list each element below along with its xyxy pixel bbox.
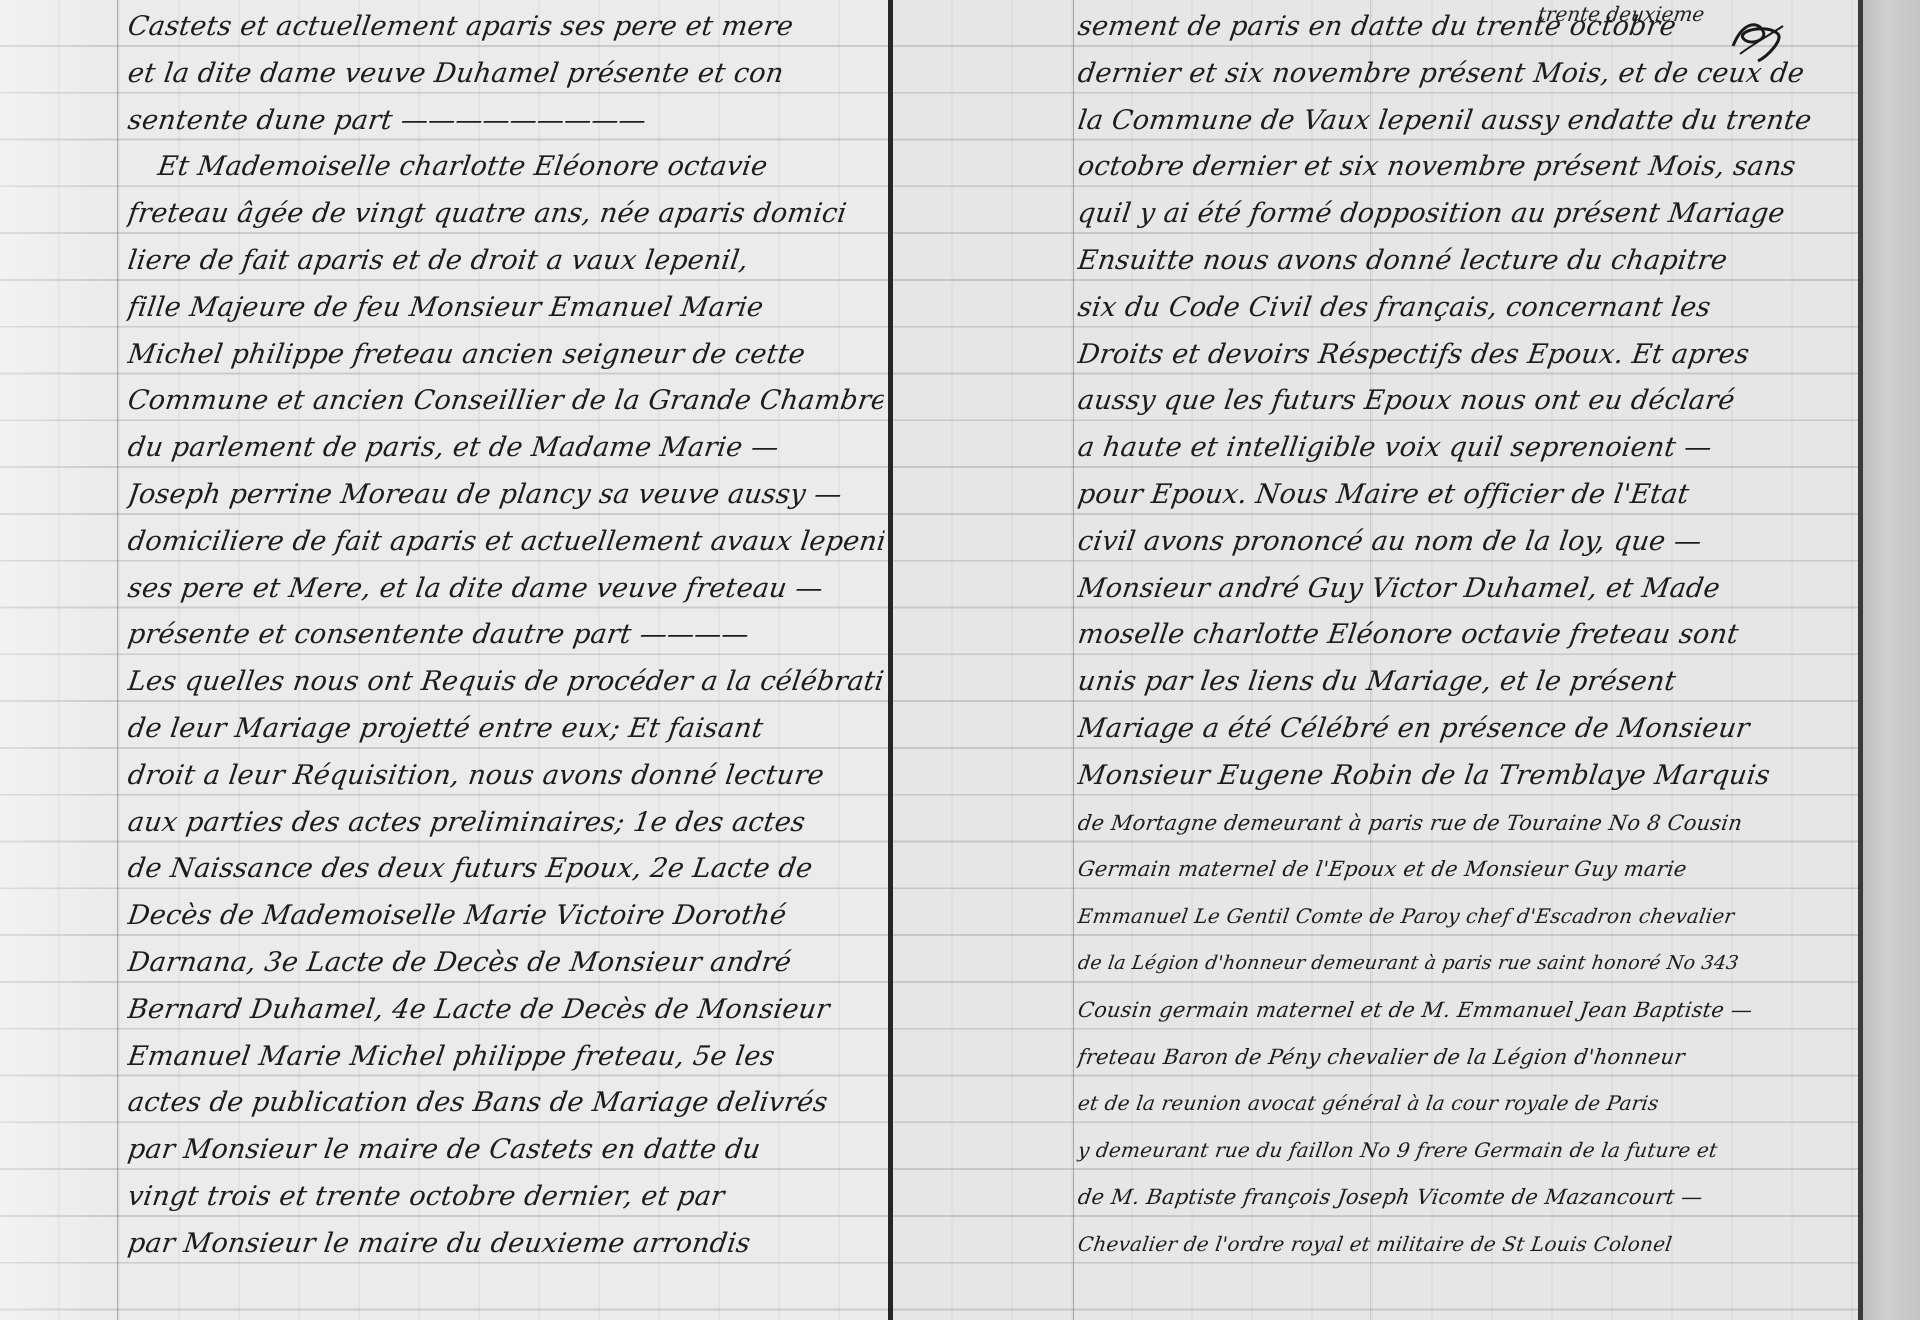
text-line: de M. Baptiste françois Joseph Vicomte d… [1075,1174,1857,1221]
text-line: Droits et devoirs Réspectifs des Epoux. … [1075,332,1857,379]
text-line: Bernard Duhamel, 4e Lacte de Decès de Mo… [125,987,887,1034]
text-line: civil avons prononcé au nom de la loy, q… [1075,519,1857,566]
text-line: Emanuel Marie Michel philippe freteau, 5… [125,1034,887,1081]
next-page-edge-strip [1863,0,1920,1320]
text-line: freteau âgée de vingt quatre ans, née ap… [125,191,887,238]
text-line: et la dite dame veuve Duhamel présente e… [125,51,887,98]
text-line: Emmanuel Le Gentil Comte de Paroy chef d… [1075,893,1857,940]
text-line: Mariage a été Célébré en présence de Mon… [1075,706,1857,753]
text-line: Monsieur Eugene Robin de la Tremblaye Ma… [1075,753,1857,800]
text-line: dernier et six novembre présent Mois, et… [1075,51,1857,98]
text-line: liere de fait aparis et de droit a vaux … [125,238,887,285]
text-line: Joseph perrine Moreau de plancy sa veuve… [125,472,887,519]
text-line: moselle charlotte Eléonore octavie frete… [1075,612,1857,659]
text-line: Germain maternel de l'Epoux et de Monsie… [1075,846,1857,893]
text-line: aux parties des actes preliminaires; 1e … [125,800,887,847]
text-line: par Monsieur le maire de Castets en datt… [125,1127,887,1174]
text-line: quil y ai été formé dopposition au prése… [1075,191,1857,238]
left-margin-rule [117,0,118,1320]
text-line: vingt trois et trente octobre dernier, e… [125,1174,887,1221]
text-line: six du Code Civil des français, concerna… [1075,285,1857,332]
text-line: Et Mademoiselle charlotte Eléonore octav… [125,144,887,191]
text-line: y demeurant rue du faillon No 9 frere Ge… [1075,1127,1857,1174]
text-line: Monsieur andré Guy Victor Duhamel, et Ma… [1075,566,1857,613]
left-page-edge-shade [0,0,110,1320]
text-line: Darnana, 3e Lacte de Decès de Monsieur a… [125,940,887,987]
text-line: a haute et intelligible voix quil sepren… [1075,425,1857,472]
text-line: de la Légion d'honneur demeurant à paris… [1075,940,1857,987]
right-margin-rule [1073,0,1074,1320]
text-line: Castets et actuellement aparis ses pere … [125,4,887,51]
text-line: de Naissance des deux futurs Epoux, 2e L… [125,846,887,893]
text-line: Chevalier de l'ordre royal et militaire … [1075,1221,1857,1268]
text-line: droit a leur Réquisition, nous avons don… [125,753,887,800]
text-line: de Mortagne demeurant à paris rue de Tou… [1075,800,1857,847]
text-line: Decès de Mademoiselle Marie Victoire Dor… [125,893,887,940]
text-line: unis par les liens du Mariage, et le pré… [1075,659,1857,706]
text-line: aussy que les futurs Epoux nous ont eu d… [1075,378,1857,425]
text-line: présente et consentente dautre part ———— [125,612,887,659]
text-line: de leur Mariage projetté entre eux; Et f… [125,706,887,753]
text-line: et de la reunion avocat général à la cou… [1075,1080,1857,1127]
text-line: par Monsieur le maire du deuxieme arrond… [125,1221,887,1268]
text-line: freteau Baron de Pény chevalier de la Lé… [1075,1034,1857,1081]
text-line: Michel philippe freteau ancien seigneur … [125,332,887,379]
text-line: actes de publication des Bans de Mariage… [125,1080,887,1127]
text-line: Cousin germain maternel et de M. Emmanue… [1075,987,1857,1034]
text-line: sentente dune part ————————— [125,98,887,145]
text-line: octobre dernier et six novembre présent … [1075,144,1857,191]
text-line: pour Epoux. Nous Maire et officier de l'… [1075,472,1857,519]
text-line: la Commune de Vaux lepenil aussy endatte… [1075,98,1857,145]
left-page-text: Castets et actuellement aparis ses pere … [128,4,883,1268]
text-line: domiciliere de fait aparis et actuelleme… [125,519,887,566]
register-spread: Castets et actuellement aparis ses pere … [0,0,1920,1320]
text-line: Ensuitte nous avons donné lecture du cha… [1075,238,1857,285]
text-line: fille Majeure de feu Monsieur Emanuel Ma… [125,285,887,332]
text-line: Commune et ancien Conseillier de la Gran… [125,378,887,425]
text-line: du parlement de paris, et de Madame Mari… [125,425,887,472]
text-line: Les quelles nous ont Requis de procéder … [125,659,887,706]
text-line: sement de paris en datte du trente octob… [1075,4,1857,51]
right-page-text: sement de paris en datte du trente octob… [1078,4,1853,1268]
text-line: ses pere et Mere, et la dite dame veuve … [125,566,887,613]
